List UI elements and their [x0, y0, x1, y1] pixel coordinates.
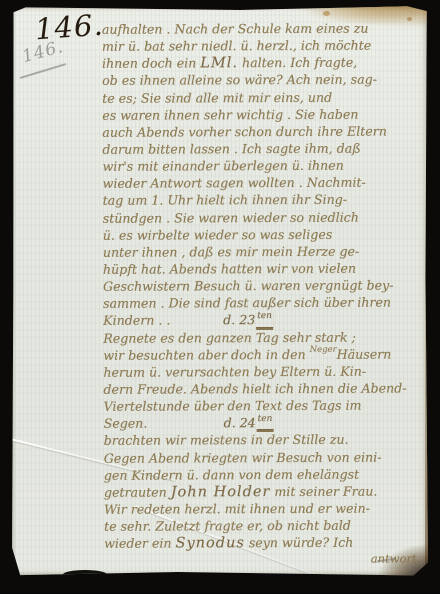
manuscript-line: brachten wir meistens in der Stille zu.	[104, 431, 426, 450]
entry-date: d. 23	[223, 311, 255, 328]
manuscript-line: Regnete es den ganzen Tag sehr stark ;	[103, 328, 425, 347]
manuscript-line: auch Abends vorher schon durch ihre Elte…	[102, 122, 424, 141]
manuscript-page: 146. 146. aufhalten . Nach der Schule ka…	[11, 6, 428, 576]
manuscript-line: wir besuchten aber doch in den NegerHäus…	[103, 345, 425, 364]
manuscript-line: getrauten John Holder mit seiner Frau.	[104, 482, 426, 501]
manuscript-line: unter ihnen , daß es mir mein Herze ge-	[103, 242, 425, 261]
manuscript-line: Geschwistern Besuch ü. waren vergnügt be…	[103, 276, 425, 295]
manuscript-line: hüpft hat. Abends hatten wir von vielen	[103, 259, 425, 278]
manuscript-line: te sehr. Zuletzt fragte er, ob nicht bal…	[104, 516, 426, 535]
interlinear-insertion: Neger	[310, 344, 337, 354]
manuscript-line: ü. es wirbelte wieder so was seliges	[103, 225, 425, 244]
manuscript-line: Gegen Abend kriegten wir Besuch von eini…	[104, 448, 426, 467]
manuscript-line: ob es ihnen alleine so wäre? Ach nein, s…	[102, 71, 424, 90]
manuscript-line: wieder ein Synodus seyn würde? Ich	[104, 534, 426, 553]
entry-heading-line: Kindern . .d. 23ten	[103, 311, 425, 330]
manuscript-line: es waren ihnen sehr wichtig . Sie haben	[102, 105, 424, 124]
ink-blot-bottom-edge	[63, 570, 107, 579]
manuscript-line: mir ü. bat sehr niedl. ü. herzl., ich mö…	[102, 36, 424, 55]
manuscript-line: dern Freude. Abends hielt ich ihnen die …	[103, 379, 425, 398]
manuscript-text-block: aufhalten . Nach der Schule kam eines zu…	[102, 19, 426, 569]
manuscript-line: ihnen doch ein LMl. halten. Ich fragte,	[102, 54, 424, 73]
manuscript-line: stündgen . Sie waren wieder so niedlich	[103, 208, 425, 227]
manuscript-line: darum bitten lassen . Ich sagte ihm, daß	[102, 139, 424, 158]
manuscript-line: tag um 1. Uhr hielt ich ihnen ihr Sing-	[103, 191, 425, 210]
manuscript-line: wir's mit einander überlegen ü. ihnen	[102, 156, 424, 175]
manuscript-line: herum ü. verursachten bey Eltern ü. Kin-	[103, 362, 425, 381]
manuscript-line: wieder Antwort sagen wollten . Nachmit-	[102, 174, 424, 193]
entry-date-suffix: ten	[256, 308, 273, 327]
manuscript-line: te es; Sie sind alle mit mir eins, und	[102, 88, 424, 107]
manuscript-line: Wir redeten herzl. mit ihnen und er wein…	[104, 499, 426, 518]
folio-number-pencil: 146.	[20, 37, 66, 67]
entry-date: d. 24	[224, 414, 256, 431]
foxing-dot	[323, 11, 330, 16]
manuscript-line: aufhalten . Nach der Schule kam eines zu	[102, 19, 424, 38]
entry-date-suffix: ten	[257, 411, 274, 430]
manuscript-line: gen Kindern ü. dann von dem ehelängst	[104, 465, 426, 484]
catchword-line: antwort.	[104, 551, 426, 570]
entry-heading-line: Segen.d. 24ten	[104, 414, 426, 433]
